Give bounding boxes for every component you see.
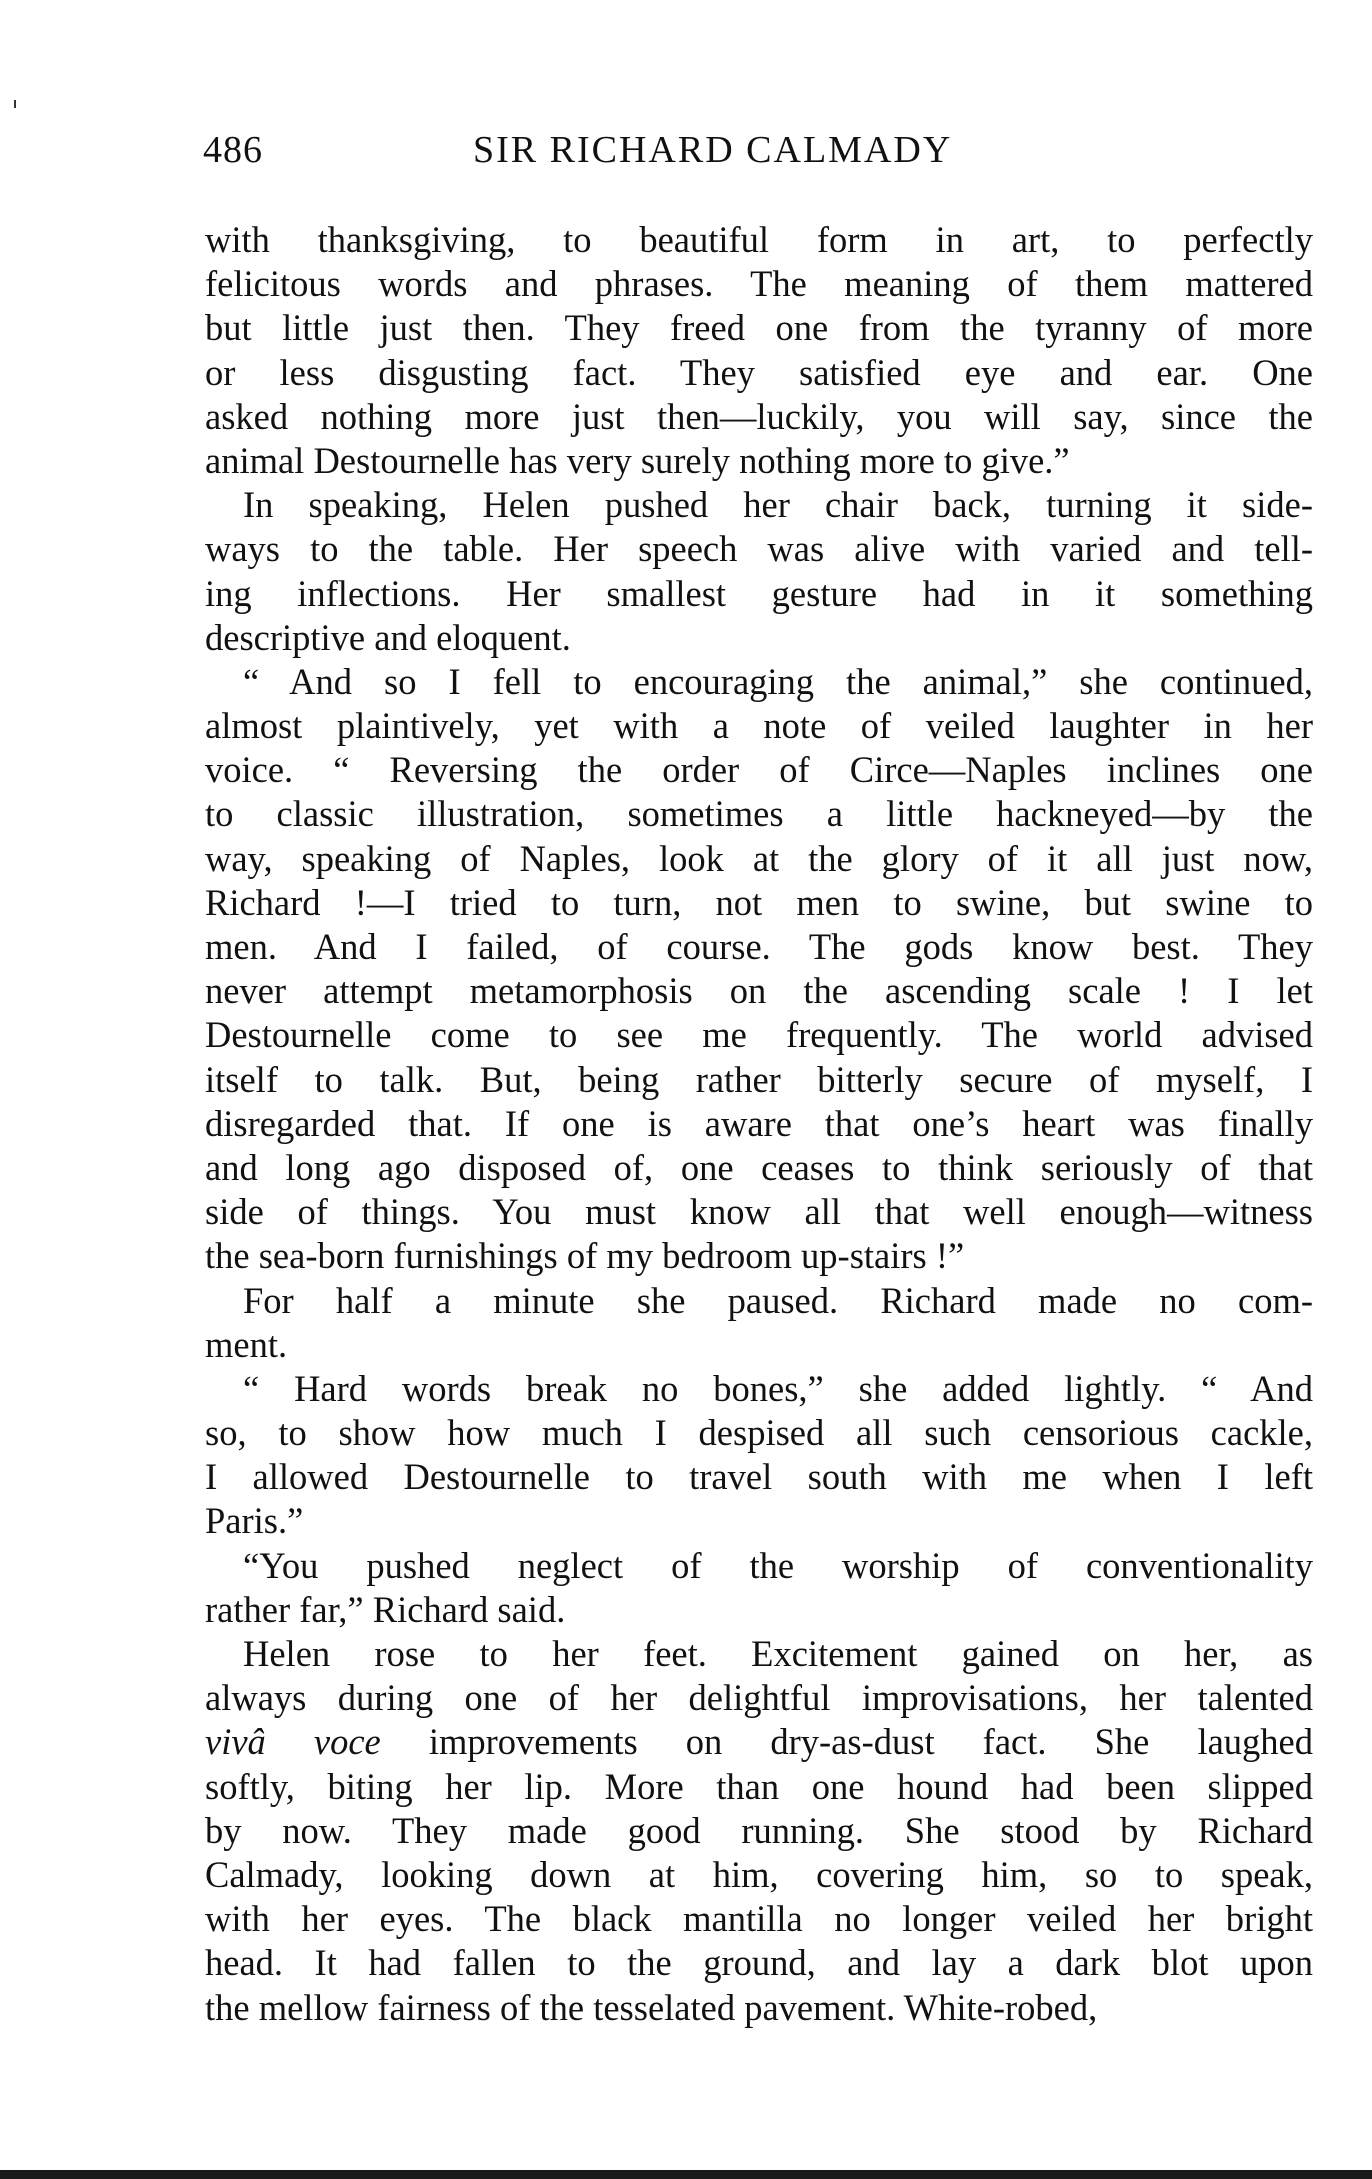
italic-phrase: vivâ voce — [205, 1721, 381, 1762]
paragraph: For half a minute she paused. Richard ma… — [205, 1279, 1313, 1367]
text-line: “ And so I fell to encouraging the anima… — [205, 660, 1313, 704]
text-line: but little just then. They freed one fro… — [205, 306, 1313, 350]
text-line: and long ago disposed of, one ceases to … — [205, 1146, 1313, 1190]
text-line: ing inflections. Her smallest gesture ha… — [205, 572, 1313, 616]
text-line: softly, biting her lip. More than one ho… — [205, 1765, 1313, 1809]
running-head: 486 SIR RICHARD CALMADY — [203, 128, 1313, 188]
page-number: 486 — [203, 128, 263, 172]
text-line: never attempt metamorphosis on the ascen… — [205, 969, 1313, 1013]
text-line: descriptive and eloquent. — [205, 616, 1313, 660]
text-line: so, to show how much I despised all such… — [205, 1411, 1313, 1455]
text-line: vivâ voce improvements on dry-as-dust fa… — [205, 1720, 1313, 1764]
text-line: animal Destournelle has very surely noth… — [205, 439, 1313, 483]
text-line: almost plaintively, yet with a note of v… — [205, 704, 1313, 748]
book-title: SIR RICHARD CALMADY — [473, 128, 952, 172]
text-line: to classic illustration, sometimes a lit… — [205, 792, 1313, 836]
text-line: men. And I failed, of course. The gods k… — [205, 925, 1313, 969]
text-line: Paris.” — [205, 1499, 1313, 1543]
text-line: way, speaking of Naples, look at the glo… — [205, 837, 1313, 881]
body-text: with thanksgiving, to beautiful form in … — [205, 218, 1313, 2030]
text-line: side of things. You must know all that w… — [205, 1190, 1313, 1234]
paragraph: “ And so I fell to encouraging the anima… — [205, 660, 1313, 1279]
text-line: with her eyes. The black mantilla no lon… — [205, 1897, 1313, 1941]
text-line: or less disgusting fact. They satisfied … — [205, 351, 1313, 395]
text-line: ways to the table. Her speech was alive … — [205, 527, 1313, 571]
paragraph: “ Hard words break no bones,” she added … — [205, 1367, 1313, 1544]
text-line: always during one of her delightful impr… — [205, 1676, 1313, 1720]
text-line: head. It had fallen to the ground, and l… — [205, 1941, 1313, 1985]
text-line: the mellow fairness of the tesselated pa… — [205, 1986, 1313, 2030]
text-line: Calmady, looking down at him, covering h… — [205, 1853, 1313, 1897]
paragraph: with thanksgiving, to beautiful form in … — [205, 218, 1313, 483]
scan-edge-strip — [0, 2170, 1372, 2179]
book-page: 486 SIR RICHARD CALMADY with thanksgivin… — [0, 0, 1372, 2179]
text-line: voice. “ Reversing the order of Circe—Na… — [205, 748, 1313, 792]
text-line: ment. — [205, 1323, 1313, 1367]
text-line: “ Hard words break no bones,” she added … — [205, 1367, 1313, 1411]
scan-speck — [14, 100, 16, 108]
text-line: disregarded that. If one is aware that o… — [205, 1102, 1313, 1146]
text-line: For half a minute she paused. Richard ma… — [205, 1279, 1313, 1323]
text-line: “You pushed neglect of the worship of co… — [205, 1544, 1313, 1588]
text-line: Richard !—I tried to turn, not men to sw… — [205, 881, 1313, 925]
text-line: In speaking, Helen pushed her chair back… — [205, 483, 1313, 527]
text-line: the sea-born furnishings of my bedroom u… — [205, 1234, 1313, 1278]
text-line: with thanksgiving, to beautiful form in … — [205, 218, 1313, 262]
text-line: felicitous words and phrases. The meanin… — [205, 262, 1313, 306]
text-line: I allowed Destournelle to travel south w… — [205, 1455, 1313, 1499]
paragraph: Helen rose to her feet. Excitement gaine… — [205, 1632, 1313, 2030]
text-line: Destournelle come to see me frequently. … — [205, 1013, 1313, 1057]
paragraph: “You pushed neglect of the worship of co… — [205, 1544, 1313, 1632]
text-line: rather far,” Richard said. — [205, 1588, 1313, 1632]
paragraph: In speaking, Helen pushed her chair back… — [205, 483, 1313, 660]
text-line: itself to talk. But, being rather bitter… — [205, 1058, 1313, 1102]
text-line: Helen rose to her feet. Excitement gaine… — [205, 1632, 1313, 1676]
text-line: by now. They made good running. She stoo… — [205, 1809, 1313, 1853]
text-line: asked nothing more just then—luckily, yo… — [205, 395, 1313, 439]
